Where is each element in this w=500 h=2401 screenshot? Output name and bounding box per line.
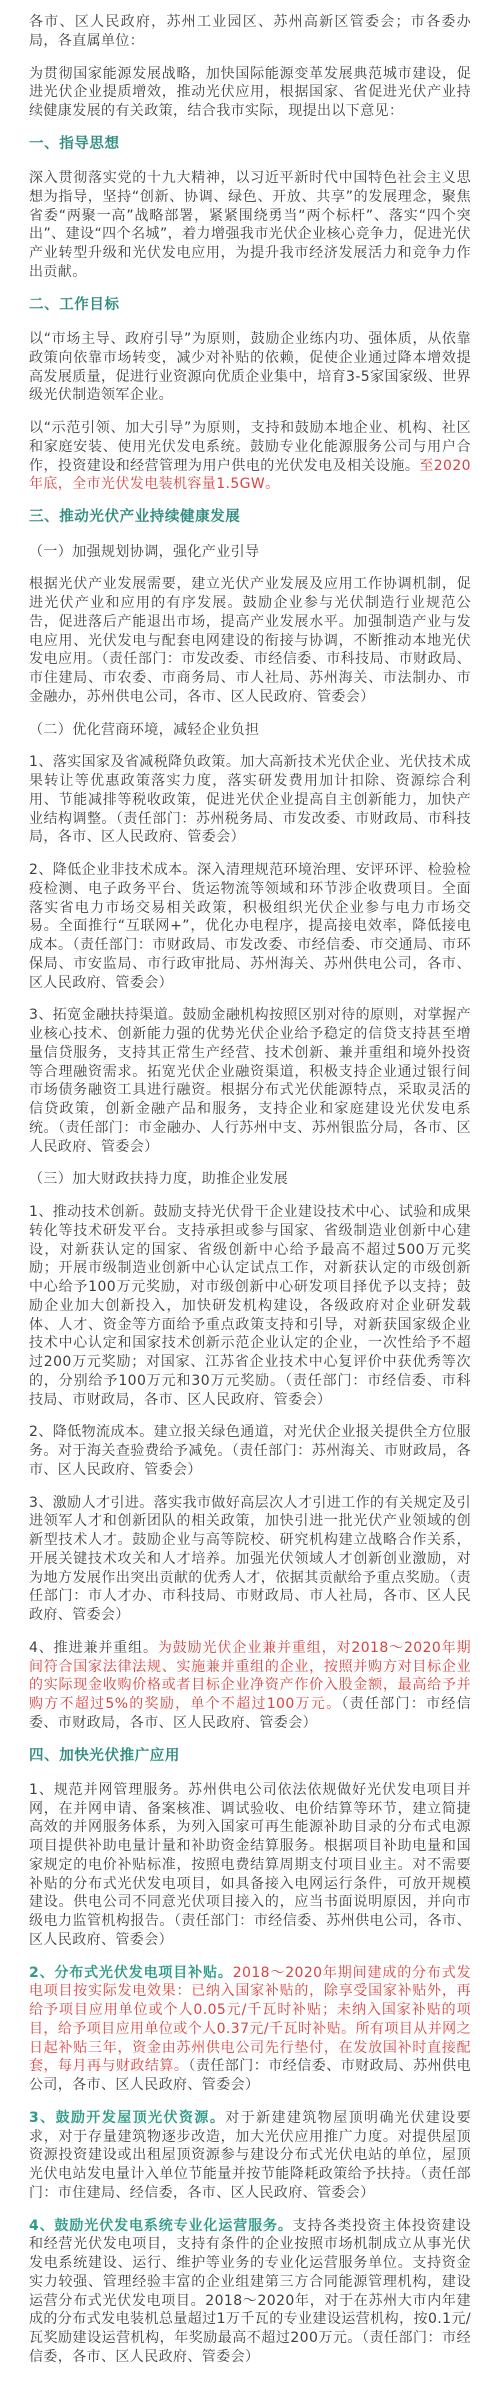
text-segment: 2、降低企业非技术成本。深入清理规范环境治理、安评环评、检验检疫检测、电子政务平… xyxy=(29,862,471,991)
paragraph: 根据光伏产业发展需要，建立光伏产业发展及应用工作协调机制，促进光伏产业和应用的有… xyxy=(29,575,471,706)
text-segment: 深入贯彻落实党的十九大精神，以习近平新时代中国特色社会主义思想为指导，坚持“创新… xyxy=(29,170,471,280)
paragraph: 为贯彻国家能源发展战略，加快国际能源变革发展典范城市建设，促进光伏企业提质增效，… xyxy=(29,65,471,121)
text-segment: 以“示范引领、加大引导”为原则，支持和鼓励本地企业、机构、社区和家庭安装、使用光… xyxy=(29,420,471,474)
text-segment: 3、拓宽金融扶持渠道。鼓励金融机构按照区别对待的原则，对掌握产业核心技术、创新能… xyxy=(29,1007,471,1154)
paragraph: 2、分布式光伏发电项目补贴。2018～2020年期间建成的分布式发电项目按实际发… xyxy=(29,1964,471,2095)
section-heading: 二、工作目标 xyxy=(29,296,471,315)
text-segment: 以“市场主导、政府引导”为原则，鼓励企业练内功、强体质，从依靠政策向依靠市场转变… xyxy=(29,331,471,403)
text-segment: 2、降低物流成本。建立报关绿色通道，对光伏企业报关提供全方位服务。对于海关查验费… xyxy=(29,1424,471,1478)
section-heading: 四、加快光伏推广应用 xyxy=(29,1747,471,1766)
policy-document: 各市、区人民政府，苏州工业园区、苏州高新区管委会；市各委办局，各直属单位：为贯彻… xyxy=(0,0,500,2401)
text-segment: 一、指导思想 xyxy=(29,136,120,152)
text-segment: 4、推进兼并重组。 xyxy=(29,1640,158,1656)
section-heading: 三、推动光伏产业持续健康发展 xyxy=(29,508,471,527)
section-heading: 一、指导思想 xyxy=(29,135,471,154)
paragraph: 4、鼓励光伏发电系统专业化运营服务。支持各类投资主体投资建设和经营光伏发电项目，… xyxy=(29,2217,471,2367)
text-segment: 支持各类投资主体投资建设和经营光伏发电项目，支持有条件的企业按照市场机制成立从事… xyxy=(29,2218,471,2365)
text-segment: （二）优化营商环境，减轻企业负担 xyxy=(29,722,259,738)
paragraph: 各市、区人民政府，苏州工业园区、苏州高新区管委会；市各委办局，各直属单位： xyxy=(29,13,471,51)
text-segment: 各市、区人民政府，苏州工业园区、苏州高新区管委会；市各委办局，各直属单位： xyxy=(29,14,471,49)
paragraph: 3、拓宽金融扶持渠道。鼓励金融机构按照区别对待的原则，对掌握产业核心技术、创新能… xyxy=(29,1006,471,1156)
paragraph: （二）优化营商环境，减轻企业负担 xyxy=(29,721,471,740)
text-segment: 四、加快光伏推广应用 xyxy=(29,1748,180,1764)
paragraph: 以“市场主导、政府引导”为原则，鼓励企业练内功、强体质，从依靠政策向依靠市场转变… xyxy=(29,330,471,405)
paragraph: 深入贯彻落实党的十九大精神，以习近平新时代中国特色社会主义思想为指导，坚持“创新… xyxy=(29,169,471,282)
text-segment: （一）加强规划协调，强化产业引导 xyxy=(29,544,259,560)
paragraph: 4、推进兼并重组。为鼓励光伏企业兼并重组，对2018～2020年期间符合国家法律… xyxy=(29,1639,471,1733)
paragraph: 3、激励人才引进。落实我市做好高层次人才引进工作的有关规定及引进领军人才和创新团… xyxy=(29,1494,471,1625)
text-segment: 1、规范并网管理服务。苏州供电公司依法依规做好光伏发电项目并网，在并网申请、备案… xyxy=(29,1782,471,1948)
text-segment: 三、推动光伏产业持续健康发展 xyxy=(29,509,240,525)
paragraph: 1、规范并网管理服务。苏州供电公司依法依规做好光伏发电项目并网，在并网申请、备案… xyxy=(29,1781,471,1950)
item-title-accent: 3、鼓励开发屋顶光伏资源。 xyxy=(29,2110,225,2126)
paragraph: 以“示范引领、加大引导”为原则，支持和鼓励本地企业、机构、社区和家庭安装、使用光… xyxy=(29,419,471,494)
paragraph: （一）加强规划协调，强化产业引导 xyxy=(29,543,471,562)
text-segment: 根据光伏产业发展需要，建立光伏产业发展及应用工作协调机制，促进光伏产业和应用的有… xyxy=(29,576,471,705)
item-title-accent: 2、分布式光伏发电项目补贴。 xyxy=(29,1965,233,1981)
document-body: 各市、区人民政府，苏州工业园区、苏州高新区管委会；市各委办局，各直属单位：为贯彻… xyxy=(29,13,471,2367)
paragraph: 1、推动技术创新。鼓励支持光伏骨干企业建设技术中心、试验和成果转化等技术研发平台… xyxy=(29,1203,471,1409)
item-title-accent: 4、鼓励光伏发电系统专业化运营服务。 xyxy=(29,2218,293,2234)
text-segment: 1、推动技术创新。鼓励支持光伏骨干企业建设技术中心、试验和成果转化等技术研发平台… xyxy=(29,1204,471,1408)
text-segment: （三）加大财政扶持力度，助推企业发展 xyxy=(29,1171,288,1187)
paragraph: （三）加大财政扶持力度，助推企业发展 xyxy=(29,1170,471,1189)
text-segment: 1、落实国家及省减税降负政策。加大高新技术光伏企业、光伏技术成果转让等优惠政策落… xyxy=(29,754,471,845)
paragraph: 1、落实国家及省减税降负政策。加大高新技术光伏企业、光伏技术成果转让等优惠政策落… xyxy=(29,753,471,847)
paragraph: 2、降低物流成本。建立报关绿色通道，对光伏企业报关提供全方位服务。对于海关查验费… xyxy=(29,1423,471,1479)
paragraph: 3、鼓励开发屋顶光伏资源。对于新建建筑物屋顶明确光伏建设要求，对于存量建筑物逐步… xyxy=(29,2109,471,2203)
text-segment: 3、激励人才引进。落实我市做好高层次人才引进工作的有关规定及引进领军人才和创新团… xyxy=(29,1495,471,1624)
text-segment: 为贯彻国家能源发展战略，加快国际能源变革发展典范城市建设，促进光伏企业提质增效，… xyxy=(29,66,471,120)
text-segment: 二、工作目标 xyxy=(29,297,120,313)
paragraph: 2、降低企业非技术成本。深入清理规范环境治理、安评环评、检验检疫检测、电子政务平… xyxy=(29,861,471,992)
